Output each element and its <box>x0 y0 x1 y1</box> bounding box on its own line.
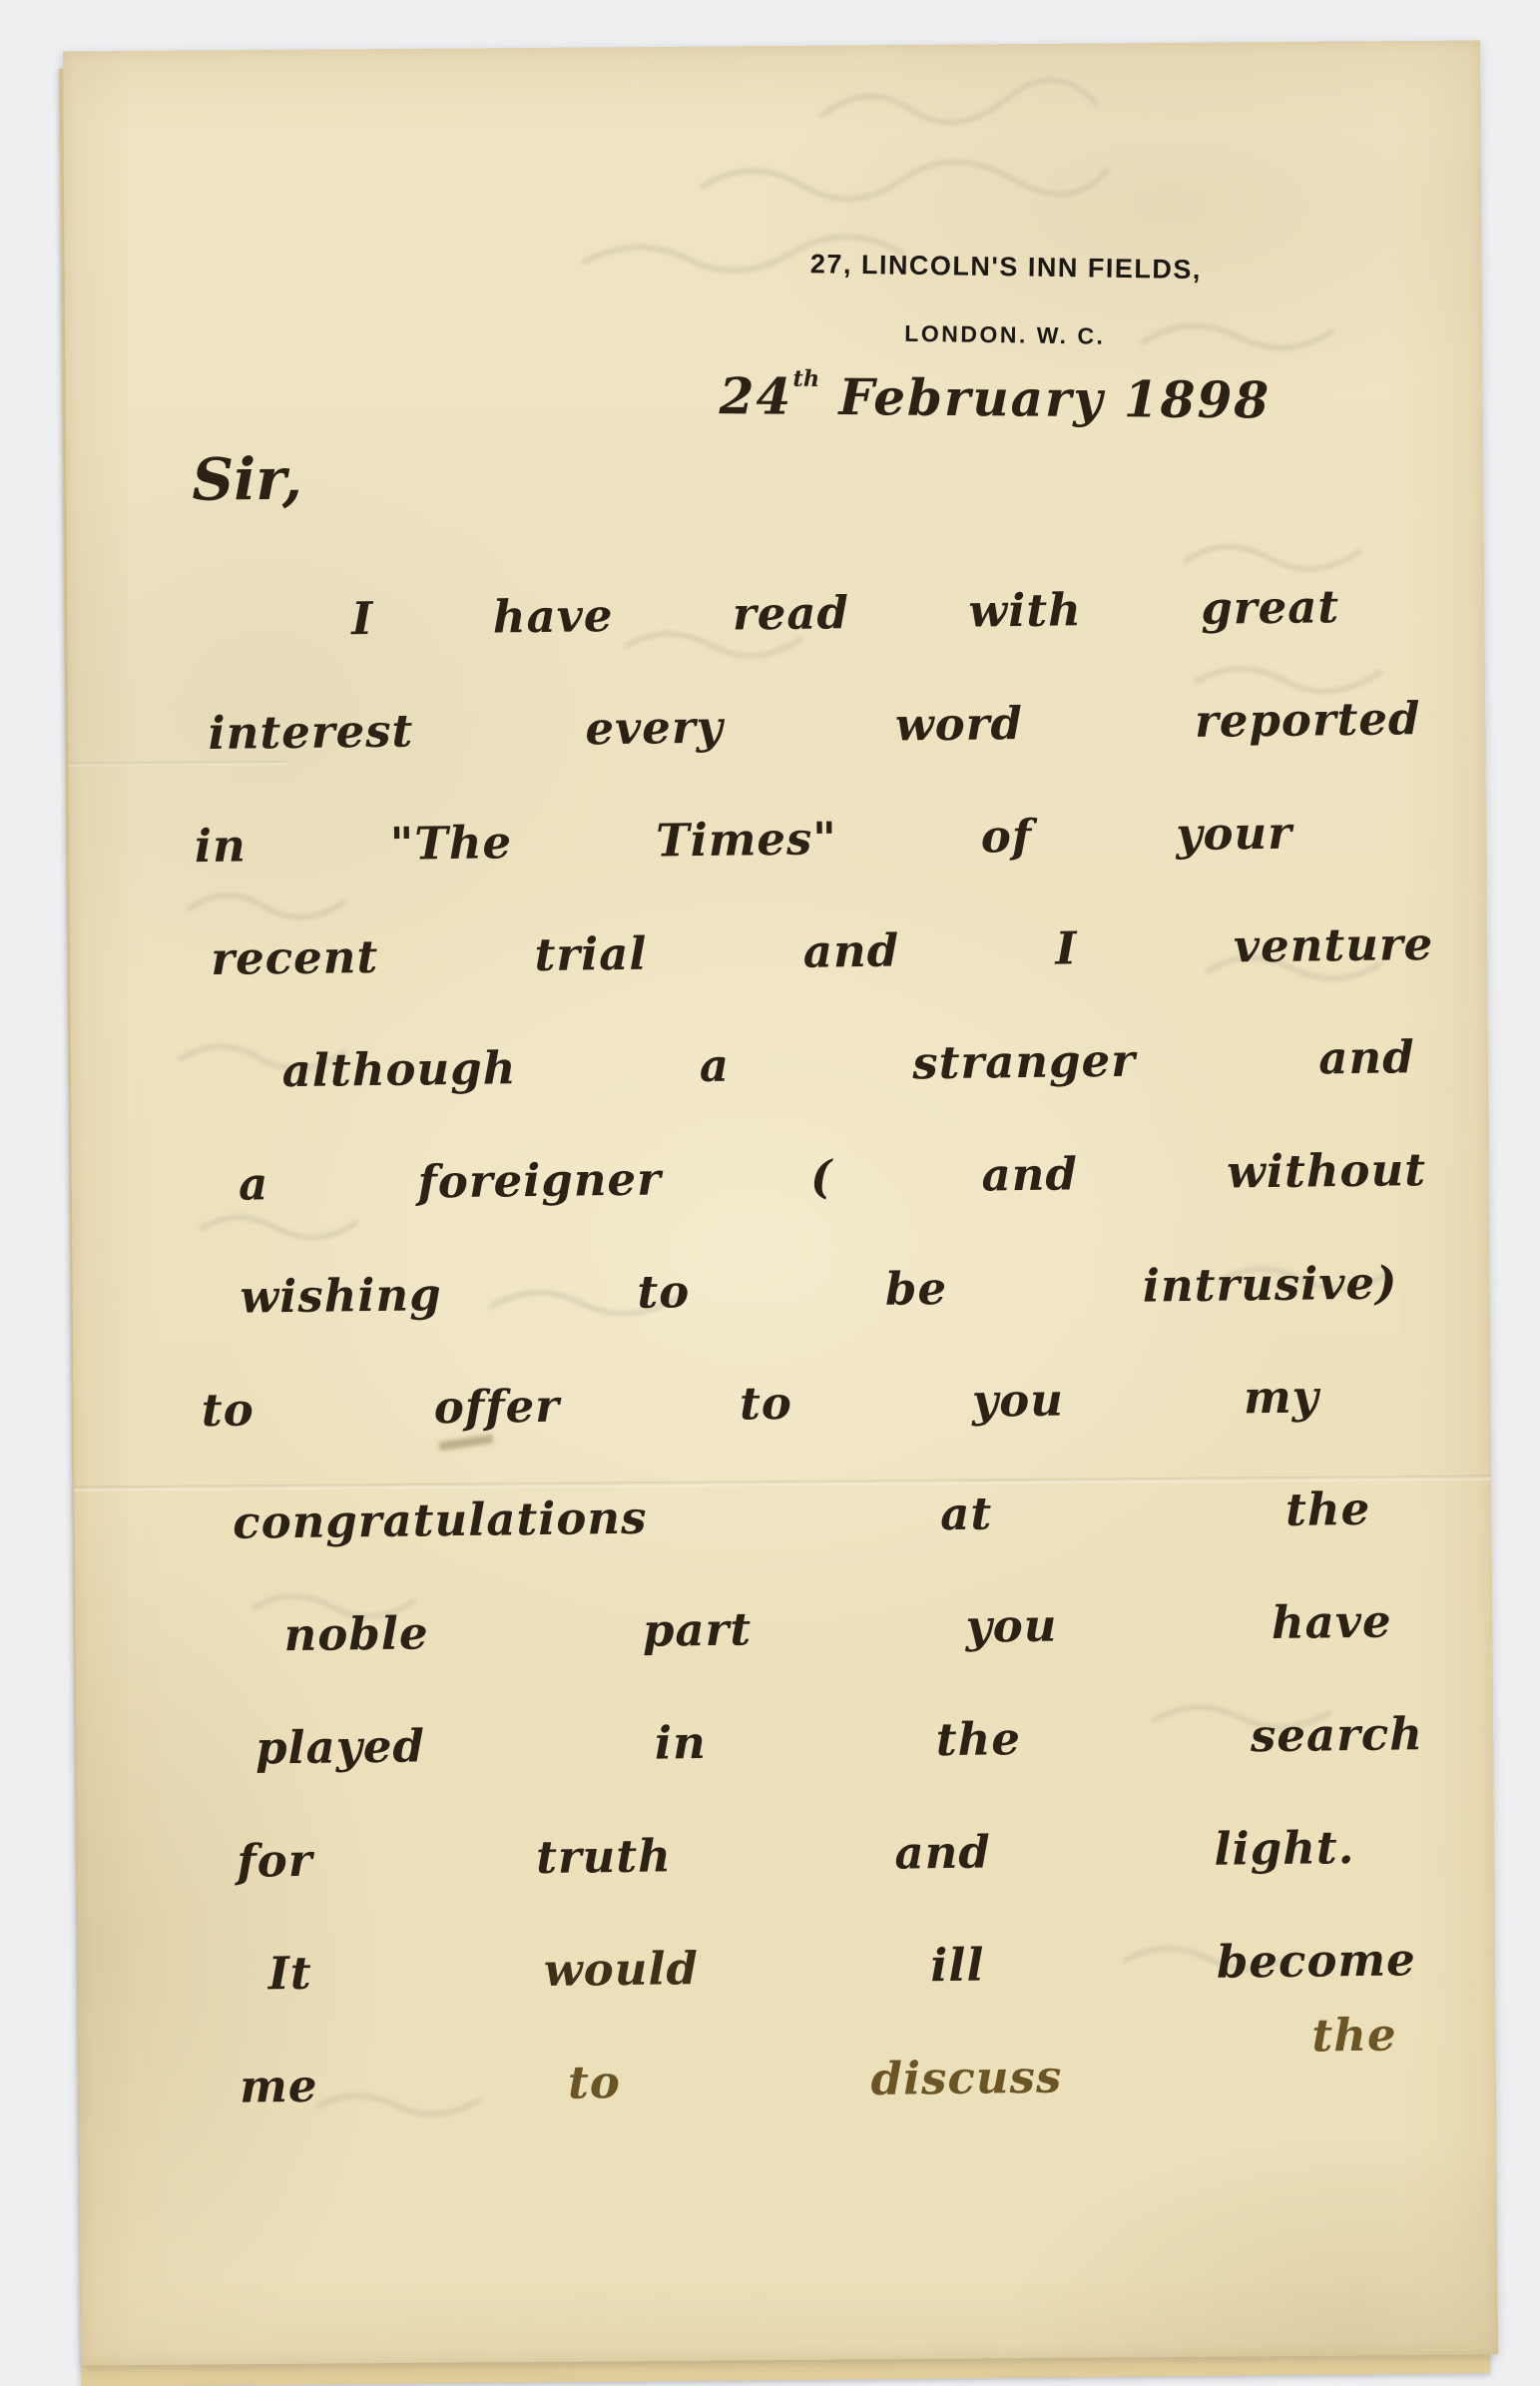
body-word: reported <box>1194 662 1421 778</box>
body-word: venture <box>1233 888 1434 1002</box>
body-word: would <box>543 1912 699 2027</box>
salutation: Sir, <box>192 445 302 514</box>
body-word: and <box>1318 1000 1416 1114</box>
body-word: the <box>1311 1979 1398 2092</box>
letter-body: Ihavereadwithgreatinteresteverywordrepor… <box>64 548 1500 2144</box>
body-line: Itwouldillbecome <box>80 1902 1498 2032</box>
letterhead: 27, LINCOLN'S INN FIELDS, LONDON. W. C. <box>753 248 1258 350</box>
body-word: offer <box>433 1350 560 1465</box>
body-word: interest <box>208 674 414 790</box>
body-word: you <box>971 1344 1064 1458</box>
body-word: read <box>732 556 849 670</box>
body-word: for <box>237 1804 313 1918</box>
body-line: interesteverywordreported <box>65 661 1483 791</box>
body-line: wishingtobeintrusive) <box>72 1225 1490 1355</box>
body-word: be <box>884 1232 947 1346</box>
date-month-year: February 1898 <box>838 367 1271 429</box>
letterhead-address: 27, LINCOLN'S INN FIELDS, <box>754 248 1258 285</box>
body-word: the <box>935 1682 1022 1796</box>
body-word: and <box>802 895 900 1008</box>
date-line: 24th February 1898 <box>719 365 1527 431</box>
body-word: foreigner <box>417 1122 663 1238</box>
body-word: search <box>1250 1677 1423 1792</box>
body-line: recenttrialandIventure <box>68 887 1486 1016</box>
scan-background: { "letter": { "letterhead": { "address":… <box>0 0 1540 2386</box>
body-word: my <box>1243 1340 1319 1454</box>
body-word: to <box>739 1347 792 1461</box>
body-word: congratulations <box>233 1462 649 1579</box>
body-word: in <box>654 1686 707 1800</box>
body-word: and <box>894 1795 992 1909</box>
body-word: light. <box>1214 1791 1355 1906</box>
body-word: the <box>1284 1453 1371 1566</box>
body-word: trial <box>534 897 648 1011</box>
body-word: I <box>350 562 373 675</box>
body-word: a <box>238 1127 269 1240</box>
body-word: discuss <box>870 2021 1063 2135</box>
letter-paper: 27, LINCOLN'S INN FIELDS, LONDON. W. C. … <box>63 40 1498 2365</box>
body-word: It <box>267 1917 312 2031</box>
letterhead-city: LONDON. W. C. <box>753 317 1257 350</box>
body-word: have <box>1271 1565 1392 1679</box>
body-word: have <box>492 559 614 673</box>
body-word: of <box>980 780 1033 894</box>
body-word: recent <box>211 900 379 1015</box>
body-word: at <box>940 1457 993 1570</box>
body-word: ill <box>930 1909 986 2023</box>
body-word: in <box>194 790 247 903</box>
body-line: fortruthandlight. <box>79 1789 1497 1919</box>
body-word: truth <box>535 1799 672 1914</box>
date-day: 24 <box>719 366 792 426</box>
body-word: I <box>1055 892 1078 1004</box>
body-line: aforeigner(andwithout <box>70 1112 1488 1242</box>
body-word: without <box>1226 1113 1426 1228</box>
body-word: Times" <box>655 782 837 896</box>
body-line: Ihavereadwithgreat <box>64 548 1482 678</box>
body-word: to <box>637 1235 691 1349</box>
body-line: althoughastrangerand <box>69 999 1487 1129</box>
body-word: you <box>965 1569 1058 1683</box>
body-line: tooffertoyoumy <box>73 1338 1491 1468</box>
body-word: with <box>968 553 1083 667</box>
body-word: a <box>699 1009 731 1122</box>
body-word: although <box>281 1011 517 1127</box>
body-line: noblepartyouhave <box>76 1563 1494 1693</box>
body-word: ( <box>809 1120 833 1233</box>
body-word: word <box>894 667 1023 782</box>
body-word: part <box>642 1572 752 1686</box>
date-ordinal: th <box>792 366 819 392</box>
body-line: metodiscussthe <box>81 2015 1499 2144</box>
body-word: your <box>1176 777 1293 891</box>
body-word: and <box>981 1117 1079 1231</box>
body-word: me <box>239 2030 318 2143</box>
body-word: great <box>1201 550 1340 665</box>
body-word: intrusive) <box>1142 1226 1398 1342</box>
body-word: to <box>567 2026 621 2139</box>
body-line: playedinthesearch <box>77 1676 1495 1806</box>
body-word: wishing <box>240 1238 443 1353</box>
body-word: played <box>255 1689 425 1804</box>
body-word: noble <box>283 1576 429 1691</box>
body-line: congratulationsatthe <box>75 1451 1493 1580</box>
body-word: every <box>585 671 725 786</box>
body-word: to <box>201 1353 255 1467</box>
body-word: "The <box>389 786 513 899</box>
body-word: stranger <box>912 1004 1137 1120</box>
body-line: in"TheTimes"ofyour <box>66 774 1484 903</box>
